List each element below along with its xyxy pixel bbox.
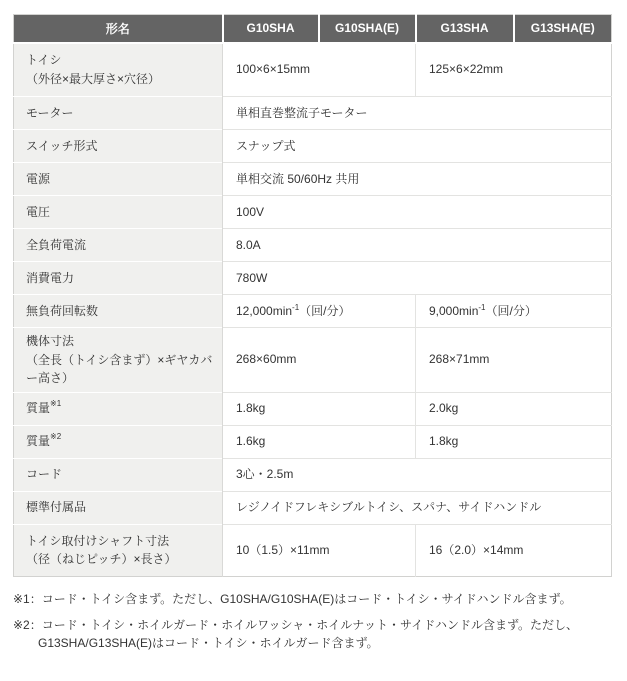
spec-label-full-load-current: 全負荷電流 bbox=[14, 229, 223, 262]
spec-label-weight-1: 質量※1 bbox=[14, 392, 223, 425]
spec-value-wheel-g10: 100×6×15mm bbox=[223, 43, 416, 97]
spec-value-no-load-speed-g13: 9,000min-1（回/分） bbox=[416, 295, 612, 328]
spec-value-weight-2-g13: 1.8kg bbox=[416, 425, 612, 458]
footnote-2-text: コード・トイシ・ホイルガード・ホイルワッシャ・ホイルナット・サイドハンドル含まず… bbox=[38, 618, 578, 649]
header-model-g13sha-e: G13SHA(E) bbox=[514, 15, 612, 43]
spec-row-voltage: 電圧 100V bbox=[14, 196, 612, 229]
header-model-g10sha: G10SHA bbox=[223, 15, 319, 43]
spec-value-body-dimensions-g13: 268×71mm bbox=[416, 328, 612, 393]
spec-row-standard-accessories: 標準付属品 レジノイドフレキシブルトイシ、スパナ、サイドハンドル bbox=[14, 491, 612, 524]
spec-value-weight-1-g10: 1.8kg bbox=[223, 392, 416, 425]
spec-row-wheel: トイシ （外径×最大厚さ×穴径） 100×6×15mm 125×6×22mm bbox=[14, 43, 612, 97]
spec-row-power-consumption: 消費電力 780W bbox=[14, 262, 612, 295]
spec-value-power-source: 単相交流 50/60Hz 共用 bbox=[223, 163, 612, 196]
spec-row-switch-type: スイッチ形式 スナップ式 bbox=[14, 130, 612, 163]
spec-value-shaft-dimensions-g10: 10（1.5）×11mm bbox=[223, 524, 416, 576]
spec-value-shaft-dimensions-g13: 16（2.0）×14mm bbox=[416, 524, 612, 576]
footnote-1-marker: ※1： bbox=[13, 592, 42, 606]
spec-label-shaft-dimensions: トイシ取付けシャフト寸法 （径（ねじピッチ）×長さ） bbox=[14, 524, 223, 576]
spec-value-full-load-current: 8.0A bbox=[223, 229, 612, 262]
footnote-2: ※2：コード・トイシ・ホイルガード・ホイルワッシャ・ホイルナット・サイドハンドル… bbox=[13, 617, 613, 652]
spec-label-voltage: 電圧 bbox=[14, 196, 223, 229]
spec-label-cord: コード bbox=[14, 458, 223, 491]
spec-value-voltage: 100V bbox=[223, 196, 612, 229]
spec-label-body-dimensions: 機体寸法 （全長（トイシ含まず）×ギヤカバー高さ） bbox=[14, 328, 223, 393]
spec-label-no-load-speed: 無負荷回転数 bbox=[14, 295, 223, 328]
spec-row-power-source: 電源 単相交流 50/60Hz 共用 bbox=[14, 163, 612, 196]
spec-label-power-consumption: 消費電力 bbox=[14, 262, 223, 295]
spec-value-power-consumption: 780W bbox=[223, 262, 612, 295]
spec-value-weight-2-g10: 1.6kg bbox=[223, 425, 416, 458]
spec-label-power-source: 電源 bbox=[14, 163, 223, 196]
spec-row-cord: コード 3心・2.5m bbox=[14, 458, 612, 491]
spec-value-motor: 単相直巻整流子モーター bbox=[223, 97, 612, 130]
spec-row-full-load-current: 全負荷電流 8.0A bbox=[14, 229, 612, 262]
spec-label-wheel: トイシ （外径×最大厚さ×穴径） bbox=[14, 43, 223, 97]
spec-table: 形名 G10SHA G10SHA(E) G13SHA G13SHA(E) トイシ… bbox=[13, 14, 612, 577]
footnotes: ※1：コード・トイシ含まず。ただし、G10SHA/G10SHA(E)はコード・ト… bbox=[13, 591, 613, 652]
spec-value-wheel-g13: 125×6×22mm bbox=[416, 43, 612, 97]
spec-label-standard-accessories: 標準付属品 bbox=[14, 491, 223, 524]
spec-page: { "colors": { "header_bg": "#646464", "h… bbox=[0, 0, 627, 681]
header-model-label: 形名 bbox=[14, 15, 223, 43]
spec-row-no-load-speed: 無負荷回転数 12,000min-1（回/分） 9,000min-1（回/分） bbox=[14, 295, 612, 328]
spec-row-body-dimensions: 機体寸法 （全長（トイシ含まず）×ギヤカバー高さ） 268×60mm 268×7… bbox=[14, 328, 612, 393]
spec-label-weight-2: 質量※2 bbox=[14, 425, 223, 458]
header-model-g10sha-e: G10SHA(E) bbox=[319, 15, 416, 43]
footnote-1-text: コード・トイシ含まず。ただし、G10SHA/G10SHA(E)はコード・トイシ・… bbox=[42, 592, 572, 606]
header-row: 形名 G10SHA G10SHA(E) G13SHA G13SHA(E) bbox=[14, 15, 612, 43]
spec-label-motor: モーター bbox=[14, 97, 223, 130]
spec-value-body-dimensions-g10: 268×60mm bbox=[223, 328, 416, 393]
header-model-g13sha: G13SHA bbox=[416, 15, 514, 43]
spec-value-switch-type: スナップ式 bbox=[223, 130, 612, 163]
footnote-1: ※1：コード・トイシ含まず。ただし、G10SHA/G10SHA(E)はコード・ト… bbox=[13, 591, 613, 608]
spec-row-weight-2: 質量※2 1.6kg 1.8kg bbox=[14, 425, 612, 458]
spec-value-standard-accessories: レジノイドフレキシブルトイシ、スパナ、サイドハンドル bbox=[223, 491, 612, 524]
spec-label-switch-type: スイッチ形式 bbox=[14, 130, 223, 163]
spec-value-no-load-speed-g10: 12,000min-1（回/分） bbox=[223, 295, 416, 328]
spec-row-shaft-dimensions: トイシ取付けシャフト寸法 （径（ねじピッチ）×長さ） 10（1.5）×11mm … bbox=[14, 524, 612, 576]
spec-row-motor: モーター 単相直巻整流子モーター bbox=[14, 97, 612, 130]
spec-value-weight-1-g13: 2.0kg bbox=[416, 392, 612, 425]
spec-value-cord: 3心・2.5m bbox=[223, 458, 612, 491]
spec-row-weight-1: 質量※1 1.8kg 2.0kg bbox=[14, 392, 612, 425]
footnote-2-marker: ※2： bbox=[13, 618, 42, 632]
